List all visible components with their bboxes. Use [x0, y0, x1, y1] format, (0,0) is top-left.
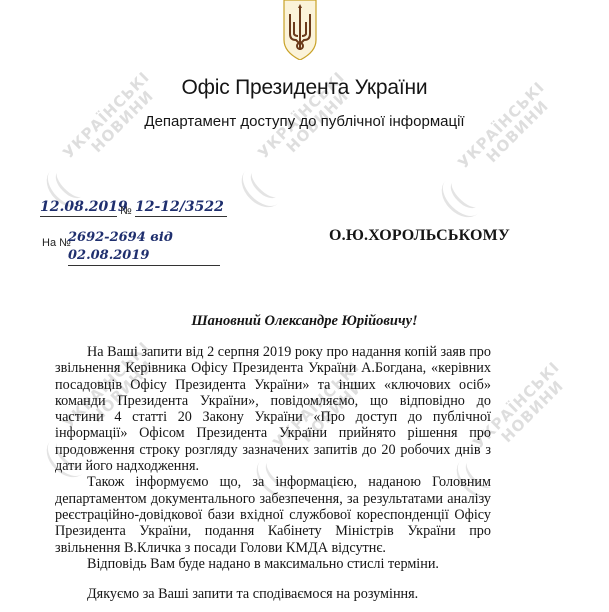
closing-line: Дякуємо за Ваші запити та сподіваємося н…	[87, 586, 418, 603]
ukraine-trident-icon	[281, 0, 319, 60]
reply-to-label: На №	[42, 237, 71, 249]
watermark-logo-icon	[234, 159, 290, 215]
number-label: №	[120, 205, 132, 217]
recipient-name: О.Ю.ХОРОЛЬСЬКОМУ	[329, 227, 510, 245]
watermark-logo-icon	[434, 169, 490, 225]
organization-title: Офіс Президента України	[0, 76, 609, 100]
paragraph: На Ваші запити від 2 серпня 2019 року пр…	[55, 344, 491, 474]
paragraph: Відповідь Вам буде надано в максимально …	[55, 556, 491, 572]
department-title: Департамент доступу до публічної інформа…	[0, 113, 609, 130]
letter-body: На Ваші запити від 2 серпня 2019 року пр…	[55, 344, 491, 572]
outgoing-date: 12.08.2019	[40, 198, 117, 217]
paragraph: Також інформуємо що, за інформацією, над…	[55, 474, 491, 555]
outgoing-number: 12-12/3522	[135, 198, 227, 217]
letter-page: УКРАЇНСЬКІ НОВИНИ УКРАЇНСЬКІ НОВИНИ УКРА…	[0, 0, 609, 612]
reply-to-number: 2692-2694 від 02.08.2019	[68, 229, 220, 266]
salutation: Шановний Олександре Юрійовичу!	[0, 313, 609, 330]
